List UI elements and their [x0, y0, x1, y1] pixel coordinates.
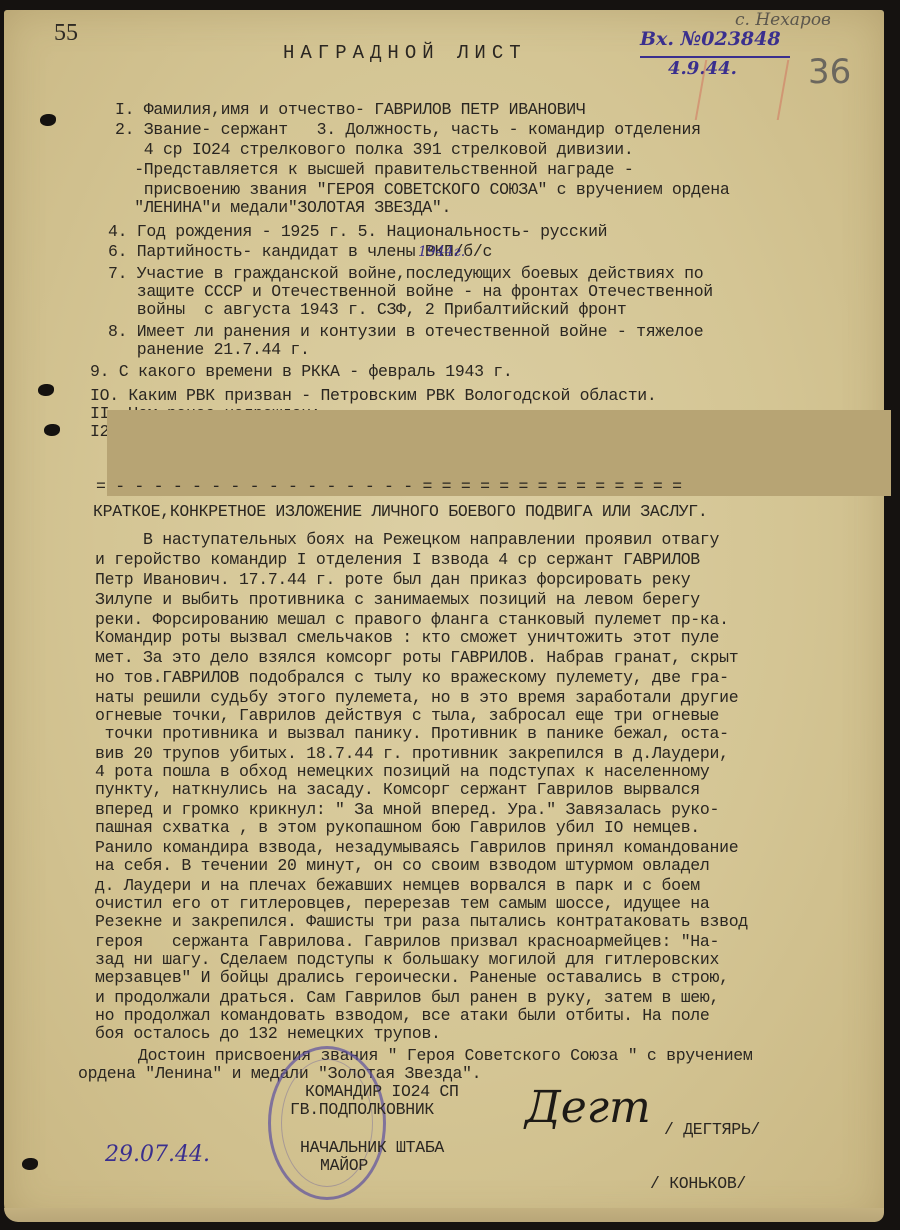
narrative-line: В наступательных боях на Режецком направ…	[95, 530, 719, 549]
chief-of-staff-name: / КОНЬКОВ/	[650, 1174, 746, 1193]
chief-of-staff-title: НАЧАЛЬНИК ШТАБА	[300, 1138, 444, 1157]
narrative-line: героя сержанта Гаврилова. Гаврилов призв…	[95, 932, 719, 951]
punch-hole	[38, 384, 54, 396]
document-title: НАГРАДНОЙ ЛИСТ	[283, 42, 527, 64]
item-line: 8. Имеет ли ранения и контузии в отечест…	[108, 322, 703, 341]
narrative-line: огневые точки, Гаврилов действуя с тыла,…	[95, 706, 719, 725]
narrative-line: точки противника и вызвал панику. Против…	[95, 724, 729, 743]
section-heading: КРАТКОЕ,КОНКРЕТНОЕ ИЗЛОЖЕНИЕ ЛИЧНОГО БОЕ…	[93, 502, 708, 521]
item-line: войны с августа 1943 г. СЗФ, 2 Прибалтий…	[108, 300, 627, 319]
narrative-line: боя осталось до 132 немецких трупов.	[95, 1024, 441, 1043]
punch-hole	[44, 424, 60, 436]
narrative-line: и геройство командир I отделения I взвод…	[95, 550, 700, 569]
narrative-line: но тов.ГАВРИЛОВ подобрался с тылу ко вра…	[95, 668, 729, 687]
narrative-line: вперед и громко крикнул: " За мной впере…	[95, 800, 719, 819]
conclusion-line: Достоин присвоения звания " Героя Советс…	[90, 1046, 753, 1065]
item-line: защите СССР и Отечественной войне - на ф…	[108, 282, 713, 301]
narrative-line: пашная схватка , в этом рукопашном бою Г…	[95, 818, 700, 837]
commander-rank: ГВ.ПОДПОЛКОВНИК	[290, 1100, 434, 1119]
narrative-line: наты решили судьбу этого пулемета, но в …	[95, 688, 738, 707]
handwritten-signature: Дегт	[525, 1082, 651, 1133]
item-line: I. Фамилия,имя и отчество- ГАВРИЛОВ ПЕТР…	[115, 100, 585, 119]
handwritten-note-top: с. Нехаров	[735, 10, 831, 30]
item-line: присвоению звания "ГЕРОЯ СОВЕТСКОГО СОЮЗ…	[115, 180, 730, 199]
commander-title: КОМАНДИР IО24 СП	[305, 1082, 459, 1101]
page-number: 55	[54, 20, 78, 47]
item-line: IO. Каким РВК призван - Петровским РВК В…	[90, 386, 657, 405]
signing-date: 29.07.44.	[105, 1142, 210, 1167]
registration-number: Вх. №023848	[640, 28, 781, 50]
pencil-sheet-number: 36	[808, 52, 851, 92]
chief-of-staff-rank: МАЙОР	[320, 1156, 368, 1175]
narrative-line: Командир роты вызвал смельчаков : кто см…	[95, 628, 719, 647]
item-line: 4. Год рождения - 1925 г. 5. Национально…	[108, 222, 607, 241]
separator-line: = - - - - - - - - - - - - - - - - = = = …	[96, 477, 682, 496]
narrative-line: но продолжал командовать взводом, все ат…	[95, 1006, 710, 1025]
narrative-line: пункту, наткнулись на засаду. Комсорг се…	[95, 780, 700, 799]
narrative-line: зад ни шагу. Сделаем подступы к большаку…	[95, 950, 719, 969]
item-line: "ЛЕНИНА"и медали"ЗОЛОТАЯ ЗВЕЗДА".	[115, 198, 451, 217]
item-line: ранение 21.7.44 г.	[108, 340, 310, 359]
narrative-line: мет. За это дело взялся комсорг роты ГАВ…	[95, 648, 738, 667]
punch-hole	[22, 1158, 38, 1170]
item-line: 7. Участие в гражданской войне,последующ…	[108, 264, 703, 283]
item-line: 2. Звание- сержант 3. Должность, часть -…	[115, 120, 701, 139]
narrative-line: на себя. В течении 20 минут, он со своим…	[95, 856, 710, 875]
item-line: 9. С какого времени в РККА - февраль 194…	[90, 362, 512, 381]
item-line: 4 ср IО24 стрелкового полка 391 стрелков…	[115, 140, 634, 159]
item-line: -Представляется к высшей правительственн…	[115, 160, 634, 179]
narrative-line: Ранило командира взвода, незадумываясь Г…	[95, 838, 738, 857]
narrative-line: мерзавцев" И бойцы дрались героически. Р…	[95, 968, 729, 987]
narrative-line: реки. Форсированию мешал с правого фланг…	[95, 610, 729, 629]
narrative-line: очистил его от гитлеровцев, перерезав те…	[95, 894, 710, 913]
narrative-line: Резекне и закрепился. Фашисты три раза п…	[95, 912, 748, 931]
party-year-handwritten: 1944г.	[418, 244, 465, 260]
narrative-line: вив 20 трупов убитых. 18.7.44 г. противн…	[95, 744, 729, 763]
narrative-line: д. Лаудери и на плечах бежавших немцев в…	[95, 876, 700, 895]
official-seal-stamp	[268, 1046, 386, 1200]
narrative-line: 4 рота пошла в обход немецких позиций на…	[95, 762, 710, 781]
commander-name: / ДЕГТЯРЬ/	[664, 1120, 760, 1139]
punch-hole	[40, 114, 56, 126]
narrative-line: и продолжали драться. Сам Гаврилов был р…	[95, 988, 719, 1007]
narrative-line: Петр Иванович. 17.7.44 г. роте был дан п…	[95, 570, 690, 589]
red-pencil-mark	[695, 60, 790, 120]
narrative-line: Зилупе и выбить противника с занимаемых …	[95, 590, 700, 609]
